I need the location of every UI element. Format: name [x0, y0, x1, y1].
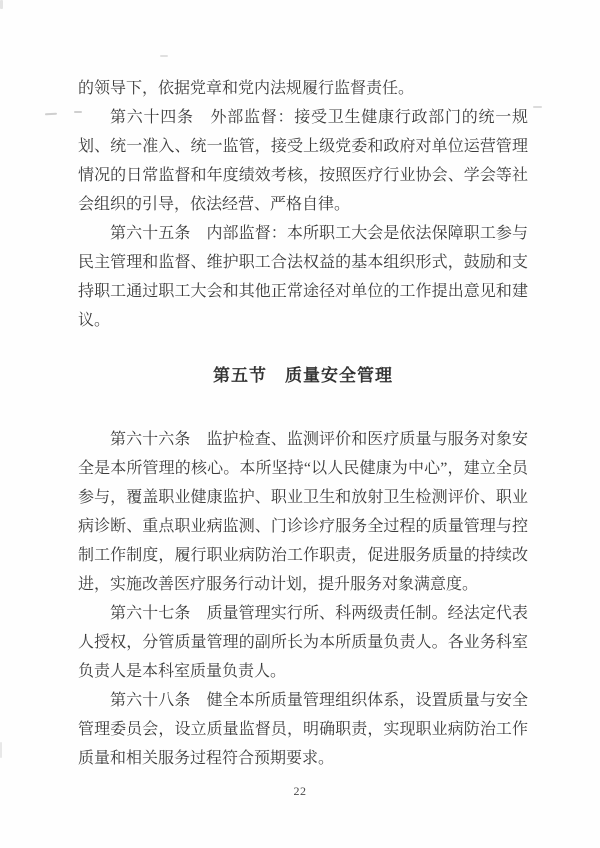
scan-artifact — [533, 106, 542, 108]
paragraph-article-64: 第六十四条 外部监督：接受卫生健康行政部门的统一规划、统一准入、统一监管，接受上… — [78, 103, 528, 219]
section-heading: 第五节 质量安全管理 — [78, 361, 528, 390]
paragraph-continuation: 的领导下，依据党章和党内法规履行监督责任。 — [78, 74, 528, 103]
document-body-text: 的领导下，依据党章和党内法规履行监督责任。 第六十四条 外部监督：接受卫生健康行… — [78, 74, 528, 773]
paragraph-article-65: 第六十五条 内部监督：本所职工大会是依法保障职工参与民主管理和监督、维护职工合法… — [78, 219, 528, 335]
paragraph-article-67: 第六十七条 质量管理实行所、科两级责任制。经法定代表人授权，分管质量管理的副所长… — [78, 599, 528, 686]
scan-artifact — [0, 0, 3, 9]
scan-artifact — [0, 742, 2, 758]
paragraph-article-66: 第六十六条 监护检查、监测评价和医疗质量与服务对象安全是本所管理的核心。本所坚持… — [78, 425, 528, 599]
scan-artifact — [45, 113, 57, 116]
paragraph-article-68: 第六十八条 健全本所质量管理组织体系，设置质量与安全管理委员会，设立质量监督员，… — [78, 686, 528, 773]
scan-artifact — [160, 55, 168, 57]
page-number: 22 — [0, 784, 600, 799]
scanned-document-page: 的领导下，依据党章和党内法规履行监督责任。 第六十四条 外部监督：接受卫生健康行… — [0, 0, 600, 848]
